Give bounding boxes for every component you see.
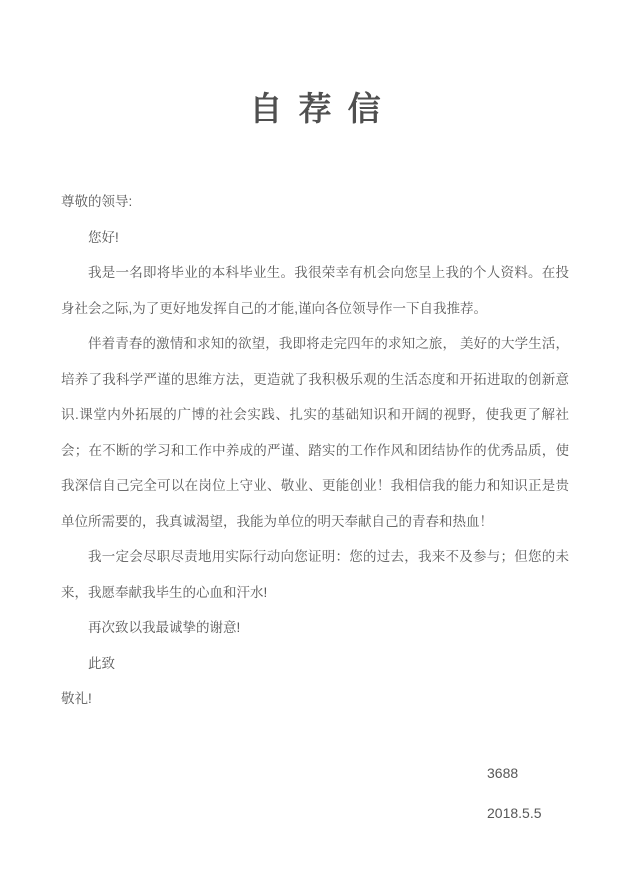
paragraph-promise: 我一定会尽职尽责地用实际行动向您证明：您的过去，我来不及参与；但您的未来，我愿奉…: [61, 539, 569, 610]
paragraph-intro: 我是一名即将毕业的本科毕业生。我很荣幸有机会向您呈上我的个人资料。在投身社会之际…: [61, 255, 569, 326]
letter-page: 自 荐 信 尊敬的领导: 您好! 我是一名即将毕业的本科毕业生。我很荣幸有机会向…: [0, 0, 630, 891]
letter-body: 尊敬的领导: 您好! 我是一名即将毕业的本科毕业生。我很荣幸有机会向您呈上我的个…: [61, 184, 569, 717]
thanks-line: 再次致以我最诚挚的谢意!: [61, 610, 569, 646]
closing-line: 此致: [61, 646, 569, 682]
paragraph-experience: 伴着青春的激情和求知的欲望，我即将走完四年的求知之旅， 美好的大学生活，培养了我…: [61, 326, 569, 539]
signature-number: 3688: [487, 753, 542, 793]
salute-line: 敬礼!: [61, 681, 569, 717]
greeting-line: 您好!: [61, 220, 569, 256]
page-title: 自 荐 信: [0, 90, 630, 128]
signature-block: 3688 2018.5.5: [487, 753, 542, 833]
salutation: 尊敬的领导:: [61, 184, 569, 220]
signature-date: 2018.5.5: [487, 793, 542, 833]
